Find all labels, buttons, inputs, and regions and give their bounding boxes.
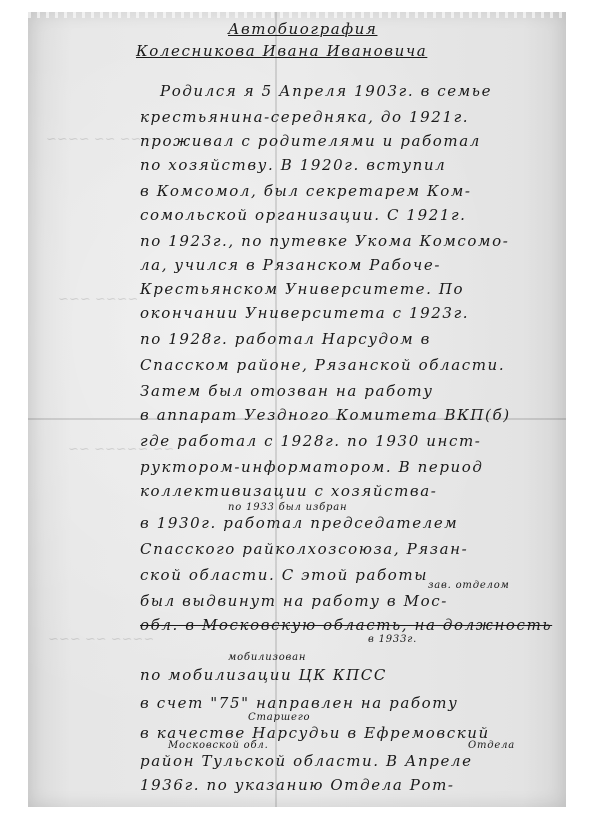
marginal-note: Московской обл. — [168, 740, 269, 751]
text-line: Крестьянском Университете. По — [140, 280, 464, 298]
marginal-note: зав. отделом — [428, 580, 510, 591]
bleed-through-text: ~~~ ~~ ~~~~ — [46, 132, 152, 147]
text-line: в счет "75" направлен на работу — [140, 694, 458, 712]
text-line: окончании Университета с 1923г. — [140, 304, 469, 322]
text-line: в аппарат Уездного Комитета ВКП(б) — [140, 406, 511, 424]
text-line: район Тульской области. В Апреле — [140, 752, 473, 770]
text-line: ской области. С этой работы — [140, 566, 428, 584]
text-line: в Комсомол, был секретарем Ком- — [140, 182, 472, 200]
text-line: Затем был отозван на работу — [140, 382, 434, 400]
text-line: Родился я 5 Апреля 1903г. в семье — [160, 82, 492, 100]
bleed-through-text: ~~~~ ~~ ~~~ — [48, 632, 154, 647]
text-line: где работал с 1928г. по 1930 инст- — [140, 432, 481, 450]
marginal-note: мобилизован — [228, 652, 306, 663]
text-line: по 1923г., по путевке Укома Комсомо- — [140, 232, 509, 250]
marginal-note: Старшего — [248, 712, 310, 723]
document-page: ~~~ ~~ ~~~~ ~~~~ ~~~ ~~ ~~~~~ ~~ ~~~~ ~~… — [28, 12, 566, 807]
text-line: по мобилизации ЦК КПСС — [140, 666, 387, 684]
text-line: руктором-информатором. В период — [140, 458, 484, 476]
bleed-through-text: ~~~~ ~~~ — [58, 292, 138, 307]
text-line: по 1928г. работал Нарсудом в — [140, 330, 431, 348]
text-line: в 1930г. работал председателем — [140, 514, 458, 532]
text-line: проживал с родителями и работал — [140, 132, 481, 150]
text-line: по хозяйству. В 1920г. вступил — [140, 156, 446, 174]
marginal-note: по 1933 был избран — [228, 502, 347, 513]
text-line: Спасского райколхозсоюза, Рязан- — [140, 540, 468, 558]
text-line: Спасском районе, Рязанской области. — [140, 356, 505, 374]
text-line-struck: обл. в Московскую область, на должность — [140, 616, 552, 634]
document-subtitle: Колесникова Ивана Ивановича — [136, 42, 427, 60]
text-line: коллективизации с хозяйства- — [140, 482, 437, 500]
text-line: 1936г. по указанию Отдела Рот- — [140, 776, 455, 794]
marginal-note: в 1933г. — [368, 634, 417, 645]
document-title: Автобиография — [228, 20, 377, 38]
text-line: был выдвинут на работу в Мос- — [140, 592, 448, 610]
text-line: сомольской организации. С 1921г. — [140, 206, 467, 224]
text-line: крестьянина-середняка, до 1921г. — [140, 108, 469, 126]
marginal-note: Отдела — [468, 740, 515, 751]
text-line: ла, учился в Рязанском Рабоче- — [140, 256, 441, 274]
